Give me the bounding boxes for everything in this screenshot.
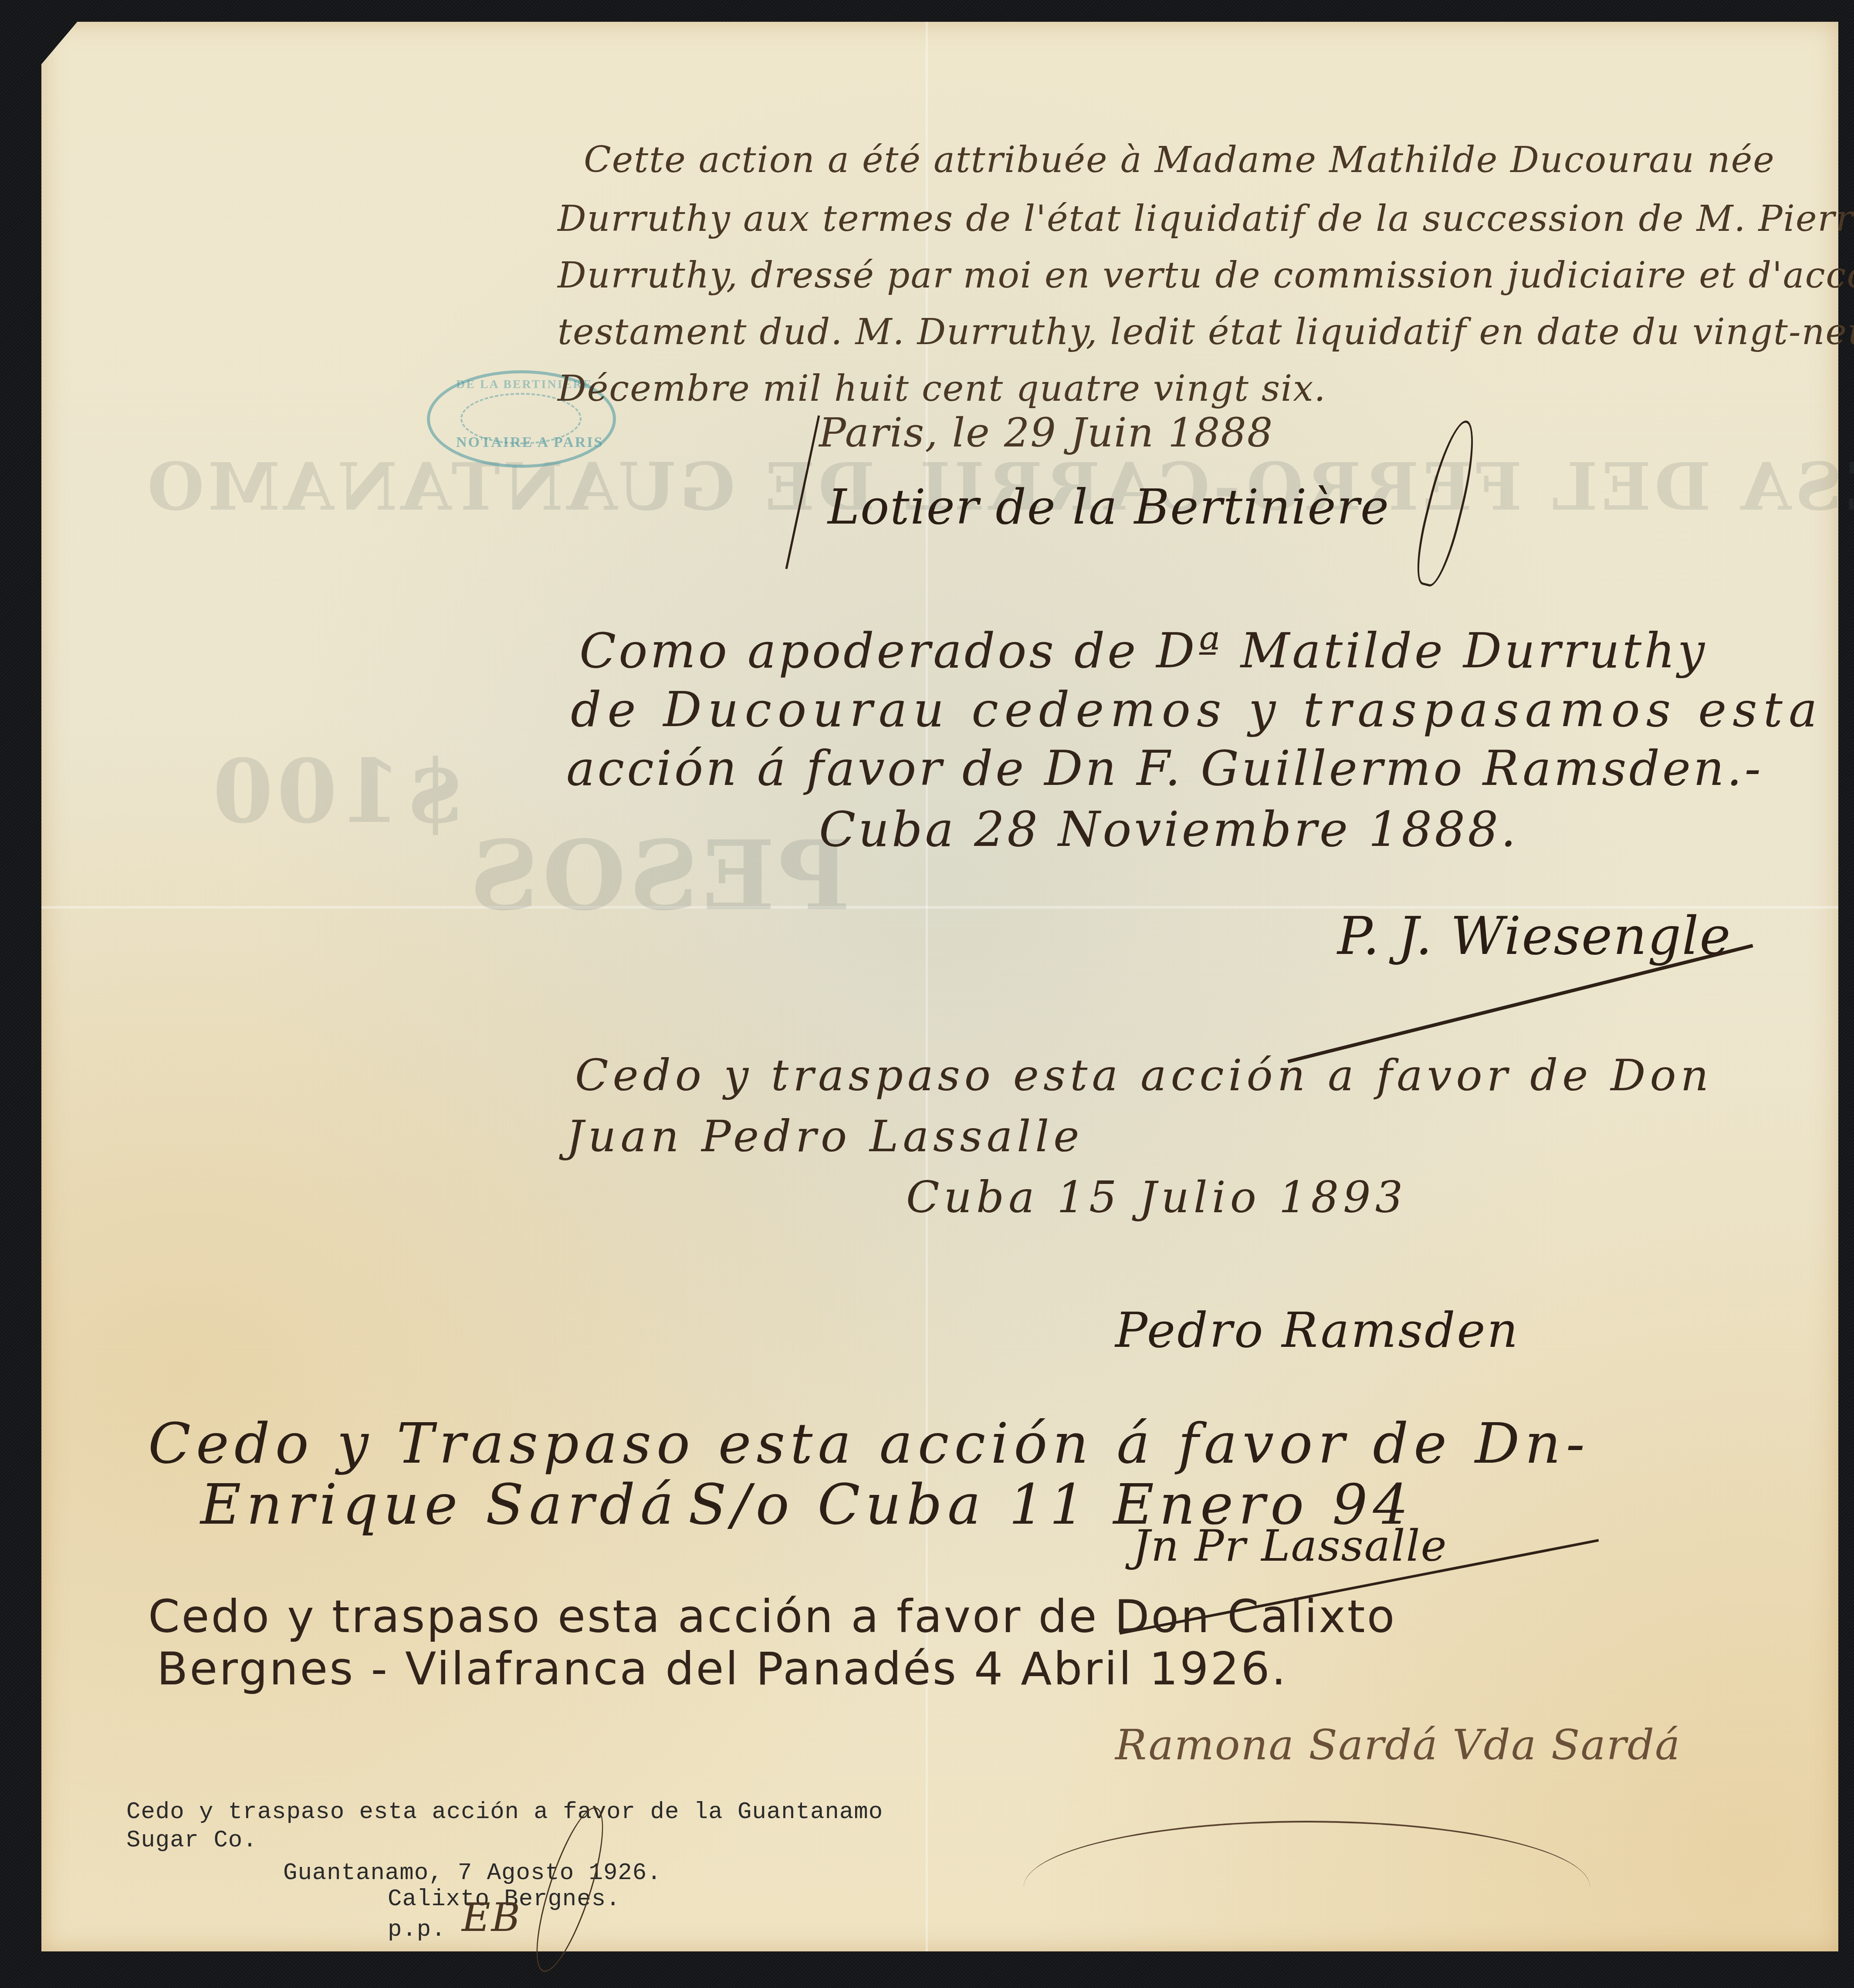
typed-line: Cedo y traspaso esta acción a favor de l… (126, 1799, 883, 1826)
text-line: Enrique Sardá (200, 1472, 679, 1537)
typed-date: Guantanamo, 7 Agosto 1926. (283, 1860, 662, 1887)
text-line: Cedo y traspaso esta acción a favor de D… (148, 1590, 1396, 1643)
signature: Lotier de la Bertinière (828, 479, 1390, 535)
date-line: Paris, le 29 Juin 1888 (819, 409, 1273, 456)
text-line: Como apoderados de Dª Matilde Durruthy (579, 623, 1707, 679)
text-line: Durruthy aux termes de l'état liquidatif… (558, 198, 1854, 240)
text-line: Décembre mil huit cent quatre vingt six. (558, 368, 1326, 409)
text-line: Cette action a été attribuée à Madame Ma… (584, 139, 1775, 181)
signature: Jn Pr Lassalle (1133, 1520, 1448, 1571)
text-line: Bergnes - Vilafranca del Panadés 4 Abril… (157, 1642, 1288, 1695)
date-line: Cuba 15 Julio 1893 (906, 1172, 1407, 1223)
text-line: acción á favor de Dn F. Guillermo Ramsde… (566, 740, 1763, 796)
text-line: testament dud. M. Durruthy, ledit état l… (558, 311, 1854, 353)
typed-pp: p.p. (388, 1917, 446, 1943)
text-line: Juan Pedro Lassalle (566, 1111, 1084, 1162)
date-line: Cuba 28 Noviembre 1888. (819, 801, 1519, 857)
text-line: de Ducourau cedemos y traspasamos esta (571, 682, 1824, 737)
typed-line: Sugar Co. (126, 1827, 257, 1854)
stamp-bottom-text: NOTAIRE A PARIS (456, 434, 603, 451)
text-line: Cedo y Traspaso esta acción á favor de D… (148, 1411, 1590, 1476)
signature: Ramona Sardá Vda Sardá (1115, 1721, 1681, 1769)
signature: P. J. Wiesengle (1337, 906, 1732, 967)
signature-flourish (1024, 1821, 1590, 1953)
text-line: Cedo y traspaso esta acción a favor de D… (575, 1050, 1713, 1101)
bleed-through-pesos: PESOS (466, 819, 851, 932)
initials-signature: EB (462, 1895, 521, 1941)
bleed-through-value: $100 (209, 740, 466, 843)
text-line: Durruthy, dressé par moi en vertu de com… (558, 255, 1854, 296)
signature: Pedro Ramsden (1115, 1302, 1519, 1358)
